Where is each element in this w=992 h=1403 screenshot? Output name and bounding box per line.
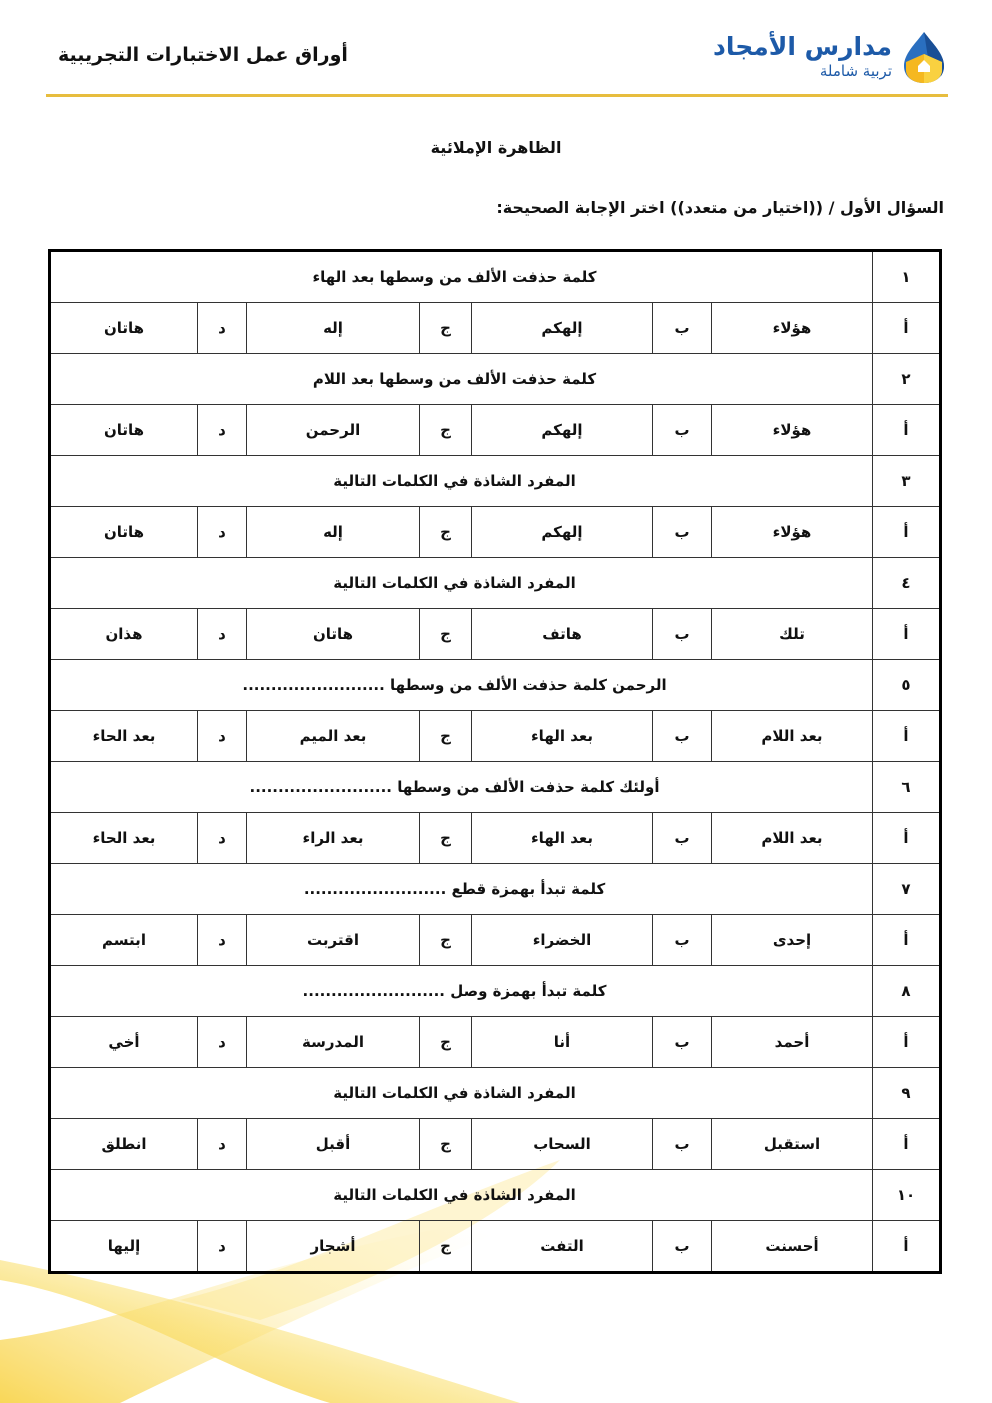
answer-option[interactable]: ابتسم [50, 915, 198, 966]
answer-option[interactable]: إحدى [712, 915, 873, 966]
question-number: ٦ [873, 762, 941, 813]
option-letter: ب [653, 303, 712, 354]
question-stem: كلمة حذفت الألف من وسطها بعد الهاء [50, 251, 873, 303]
answer-option[interactable]: بعد الراء [247, 813, 420, 864]
option-letter: د [198, 405, 247, 456]
answer-option[interactable]: أحمد [712, 1017, 873, 1068]
option-letter: ب [653, 405, 712, 456]
answer-option[interactable]: هاتان [247, 609, 420, 660]
question-stem-row: ١كلمة حذفت الألف من وسطها بعد الهاء [50, 251, 941, 303]
option-letter: ج [420, 711, 472, 762]
answer-option[interactable]: الرحمن [247, 405, 420, 456]
answer-option[interactable]: بعد الهاء [472, 813, 653, 864]
header-divider [46, 94, 948, 97]
option-letter: ج [420, 1017, 472, 1068]
option-letter: د [198, 303, 247, 354]
school-logo: مدارس الأمجاد تربية شاملة [713, 30, 948, 84]
answer-option[interactable]: أنا [472, 1017, 653, 1068]
question-options-row: أتلكبهاتفجهاتاندهذان [50, 609, 941, 660]
answer-option[interactable]: إلهكم [472, 405, 653, 456]
answer-option[interactable]: بعد الهاء [472, 711, 653, 762]
question-number: ٨ [873, 966, 941, 1017]
option-letter: أ [873, 1017, 941, 1068]
option-letter: ب [653, 915, 712, 966]
option-letter: أ [873, 711, 941, 762]
answer-option[interactable]: هؤلاء [712, 507, 873, 558]
question-stem: الرحمن كلمة حذفت الألف من وسطها ........… [50, 660, 873, 711]
questions-table: ١كلمة حذفت الألف من وسطها بعد الهاءأهؤلا… [48, 249, 942, 1274]
option-letter: ب [653, 1221, 712, 1273]
question-stem-row: ٤المفرد الشاذة في الكلمات التالية [50, 558, 941, 609]
answer-option[interactable]: بعد الحاء [50, 711, 198, 762]
option-letter: د [198, 507, 247, 558]
answer-option[interactable]: الخضراء [472, 915, 653, 966]
answer-option[interactable]: السحاب [472, 1119, 653, 1170]
answer-option[interactable]: إلهكم [472, 507, 653, 558]
question-stem-row: ٥الرحمن كلمة حذفت الألف من وسطها .......… [50, 660, 941, 711]
option-letter: ج [420, 1119, 472, 1170]
question-stem: كلمة حذفت الألف من وسطها بعد اللام [50, 354, 873, 405]
question-number: ١٠ [873, 1170, 941, 1221]
question-options-row: أأحمدبأناجالمدرسةدأخي [50, 1017, 941, 1068]
option-letter: أ [873, 609, 941, 660]
answer-option[interactable]: بعد اللام [712, 813, 873, 864]
droplet-logo-icon [900, 30, 948, 84]
option-letter: ب [653, 507, 712, 558]
option-letter: ج [420, 405, 472, 456]
option-letter: د [198, 1017, 247, 1068]
question-number: ٥ [873, 660, 941, 711]
answer-option[interactable]: هاتان [50, 507, 198, 558]
question-stem: كلمة تبدأ بهمزة قطع ....................… [50, 864, 873, 915]
answer-option[interactable]: إليها [50, 1221, 198, 1273]
option-letter: ب [653, 1119, 712, 1170]
question-options-row: أهؤلاءبإلهكمجإلهدهاتان [50, 303, 941, 354]
answer-option[interactable]: أحسنت [712, 1221, 873, 1273]
answer-option[interactable]: بعد اللام [712, 711, 873, 762]
question-stem-row: ٦أولئك كلمة حذفت الألف من وسطها ........… [50, 762, 941, 813]
option-letter: ب [653, 1017, 712, 1068]
answer-option[interactable]: هاتان [50, 303, 198, 354]
answer-option[interactable]: هؤلاء [712, 303, 873, 354]
question-stem-row: ١٠المفرد الشاذة في الكلمات التالية [50, 1170, 941, 1221]
answer-option[interactable]: أخي [50, 1017, 198, 1068]
question-options-row: أهؤلاءبإلهكمجالرحمندهاتان [50, 405, 941, 456]
answer-option[interactable]: أشجار [247, 1221, 420, 1273]
question-stem: كلمة تبدأ بهمزة وصل ....................… [50, 966, 873, 1017]
question-stem: أولئك كلمة حذفت الألف من وسطها .........… [50, 762, 873, 813]
answer-option[interactable]: المدرسة [247, 1017, 420, 1068]
question-stem: المفرد الشاذة في الكلمات التالية [50, 1170, 873, 1221]
answer-option[interactable]: اقتربت [247, 915, 420, 966]
question-stem-row: ٢كلمة حذفت الألف من وسطها بعد اللام [50, 354, 941, 405]
question-number: ٤ [873, 558, 941, 609]
option-letter: أ [873, 813, 941, 864]
question-number: ٩ [873, 1068, 941, 1119]
header-title: أوراق عمل الاختبارات التجريبية [58, 44, 348, 66]
option-letter: أ [873, 1119, 941, 1170]
question-number: ٢ [873, 354, 941, 405]
option-letter: ج [420, 1221, 472, 1273]
option-letter: د [198, 609, 247, 660]
question-number: ٧ [873, 864, 941, 915]
question-options-row: أإحدىبالخضراءجاقتربتدابتسم [50, 915, 941, 966]
question-options-row: أبعد اللامببعد الهاءجبعد الراءدبعد الحاء [50, 813, 941, 864]
answer-option[interactable]: إله [247, 507, 420, 558]
option-letter: أ [873, 915, 941, 966]
option-letter: ب [653, 813, 712, 864]
option-letter: د [198, 1221, 247, 1273]
question-stem-row: ٨كلمة تبدأ بهمزة وصل ...................… [50, 966, 941, 1017]
option-letter: ج [420, 303, 472, 354]
answer-option[interactable]: هؤلاء [712, 405, 873, 456]
answer-option[interactable]: بعد الميم [247, 711, 420, 762]
answer-option[interactable]: هاتان [50, 405, 198, 456]
answer-option[interactable]: التفت [472, 1221, 653, 1273]
document-title-text: الظاهرة الإملائية [431, 138, 562, 157]
answer-option[interactable]: هذان [50, 609, 198, 660]
question-options-row: أبعد اللامببعد الهاءجبعد الميمدبعد الحاء [50, 711, 941, 762]
question-stem-row: ٣المفرد الشاذة في الكلمات التالية [50, 456, 941, 507]
option-letter: ب [653, 711, 712, 762]
page-header: مدارس الأمجاد تربية شاملة أوراق عمل الاخ… [0, 0, 992, 100]
option-letter: أ [873, 405, 941, 456]
answer-option[interactable]: استقبل [712, 1119, 873, 1170]
document-title: الظاهرة الإملائية [0, 138, 992, 157]
option-letter: ج [420, 609, 472, 660]
option-letter: ج [420, 813, 472, 864]
option-letter: د [198, 1119, 247, 1170]
answer-option[interactable]: أقبل [247, 1119, 420, 1170]
option-letter: أ [873, 507, 941, 558]
option-letter: د [198, 813, 247, 864]
question-stem-row: ٩المفرد الشاذة في الكلمات التالية [50, 1068, 941, 1119]
question-stem: المفرد الشاذة في الكلمات التالية [50, 1068, 873, 1119]
question-stem: المفرد الشاذة في الكلمات التالية [50, 558, 873, 609]
answer-option[interactable]: إله [247, 303, 420, 354]
option-letter: د [198, 915, 247, 966]
answer-option[interactable]: بعد الحاء [50, 813, 198, 864]
option-letter: ج [420, 915, 472, 966]
question-number: ٣ [873, 456, 941, 507]
school-name: مدارس الأمجاد [713, 34, 892, 60]
question-options-row: أاستقبلبالسحابجأقبلدانطلق [50, 1119, 941, 1170]
option-letter: ج [420, 507, 472, 558]
option-letter: أ [873, 1221, 941, 1273]
answer-option[interactable]: تلك [712, 609, 873, 660]
option-letter: أ [873, 303, 941, 354]
question-number: ١ [873, 251, 941, 303]
school-tagline: تربية شاملة [713, 62, 892, 80]
answer-option[interactable]: انطلق [50, 1119, 198, 1170]
question-stem-row: ٧كلمة تبدأ بهمزة قطع ...................… [50, 864, 941, 915]
answer-option[interactable]: هاتف [472, 609, 653, 660]
answer-option[interactable]: إلهكم [472, 303, 653, 354]
question-stem: المفرد الشاذة في الكلمات التالية [50, 456, 873, 507]
question-title: السؤال الأول / ((اختيار من متعدد)) اختر … [496, 198, 944, 217]
option-letter: ب [653, 609, 712, 660]
question-options-row: أهؤلاءبإلهكمجإلهدهاتان [50, 507, 941, 558]
option-letter: د [198, 711, 247, 762]
question-options-row: أأحسنتبالتفتجأشجاردإليها [50, 1221, 941, 1273]
